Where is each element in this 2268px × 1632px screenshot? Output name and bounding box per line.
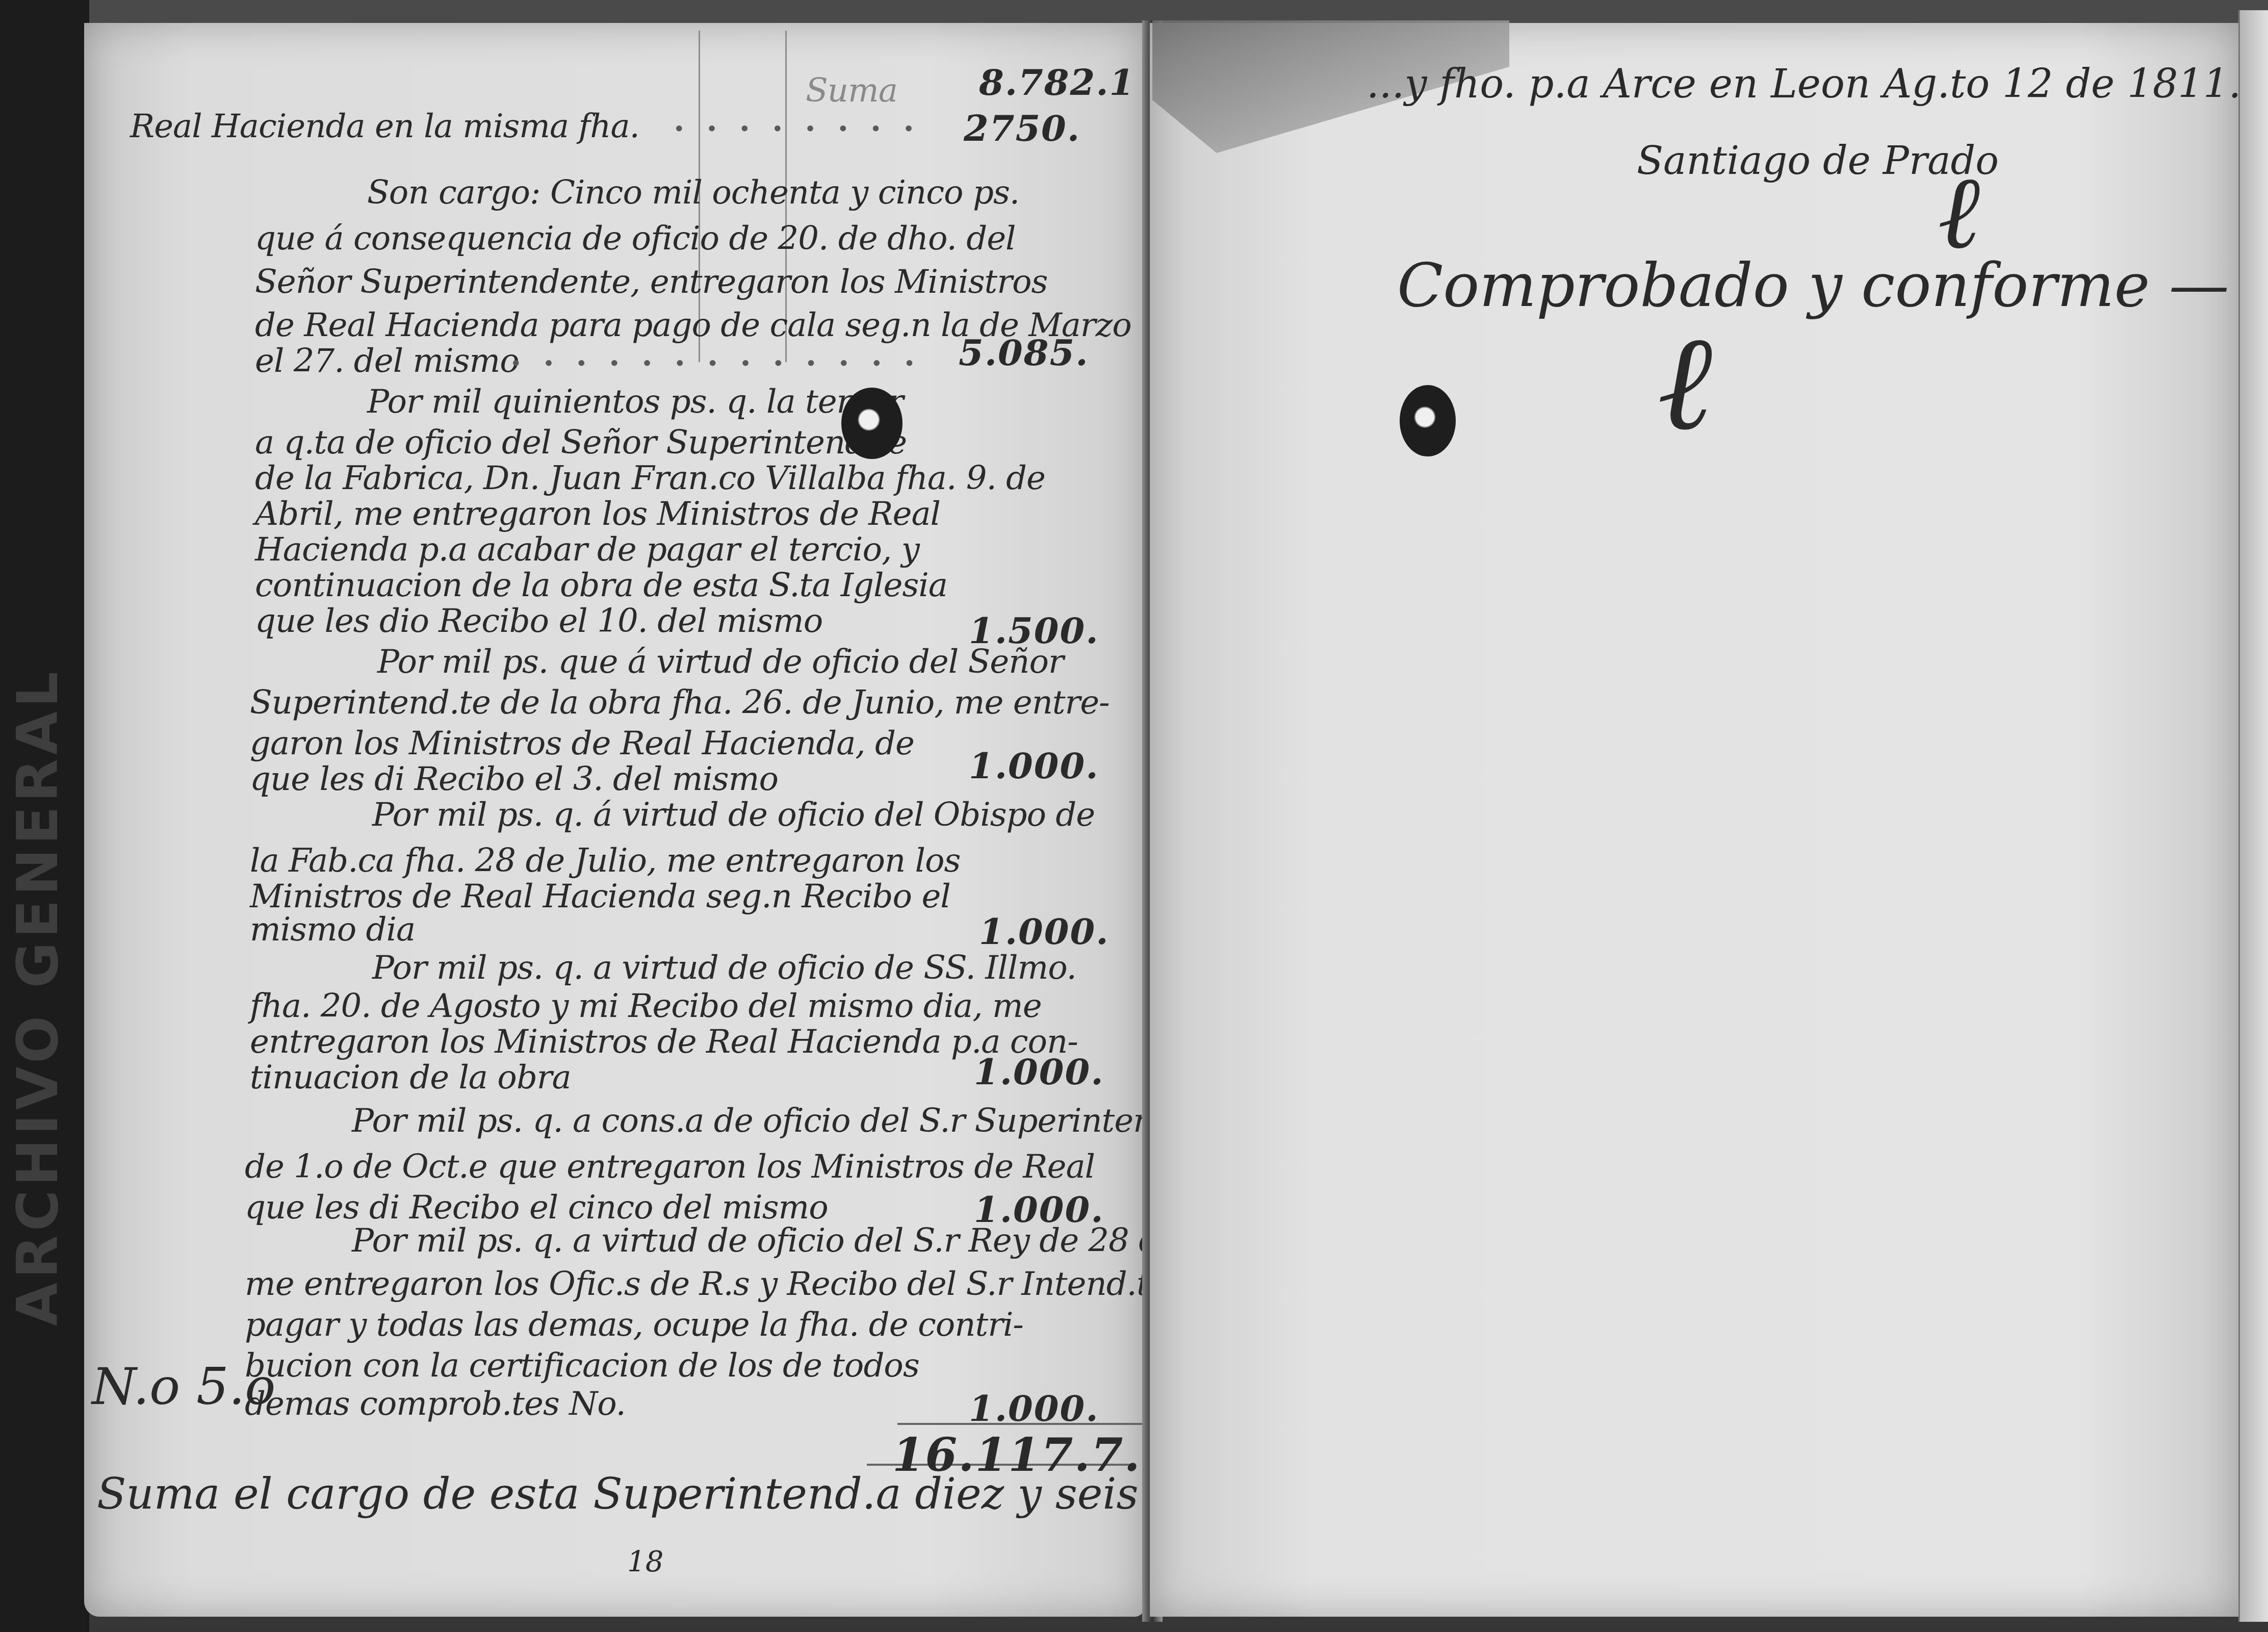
entry-line: Por mil ps. q. a cons.a de oficio del S.… — [352, 1096, 1215, 1145]
date-place-line: ...y fho. p.a Arce en Leon Ag.to 12 de 1… — [1367, 61, 2241, 107]
entry-line: Por mil ps. q. a virtud de oficio del S.… — [352, 1216, 1278, 1265]
amount-6: 1.000. — [974, 1051, 1104, 1093]
column-header-partial: Suma — [806, 66, 897, 115]
punch-hole — [841, 388, 903, 459]
punch-hole — [1400, 385, 1456, 456]
entry-line: tinuacion de la obra — [250, 1053, 571, 1102]
adjacent-page-edge — [2238, 10, 2268, 1622]
amount-8: 1.000. — [969, 1387, 1099, 1430]
entry-line: demas comprob.tes No. — [245, 1380, 626, 1429]
leader-dots: • • • • • • • • • • • • • — [510, 352, 922, 375]
amount-2: 5.085. — [959, 331, 1089, 374]
amount-1: 2750. — [964, 107, 1080, 149]
certification-text: Comprobado y conforme — — [1397, 250, 2229, 320]
entry-line: Son cargo: Cinco mil ochenta y cinco ps. — [367, 168, 1019, 217]
margin-note: N.o 5.o — [92, 1357, 276, 1416]
entry-line: Señor Superintendente, entregaron los Mi… — [255, 258, 1047, 307]
leader-dots: • • • • • • • • — [673, 117, 922, 141]
certification-rubric: ℓ — [1657, 306, 1712, 461]
entry-line: Real Hacienda en la misma fha. — [130, 102, 639, 151]
entry-line: que á consequencia de oficio de 20. de d… — [255, 214, 1015, 263]
amount-4: 1.000. — [969, 745, 1099, 787]
spine-label: ARCHIVO GENERAL — [5, 586, 82, 1326]
amount-carried-forward: 8.782.1 — [979, 61, 1135, 104]
entry-line: Por mil ps. q. á virtud de oficio del Ob… — [372, 790, 1095, 839]
archive-spine-strip: ARCHIVO GENERAL — [0, 0, 89, 1632]
folio-mark: 18 — [627, 1545, 663, 1578]
